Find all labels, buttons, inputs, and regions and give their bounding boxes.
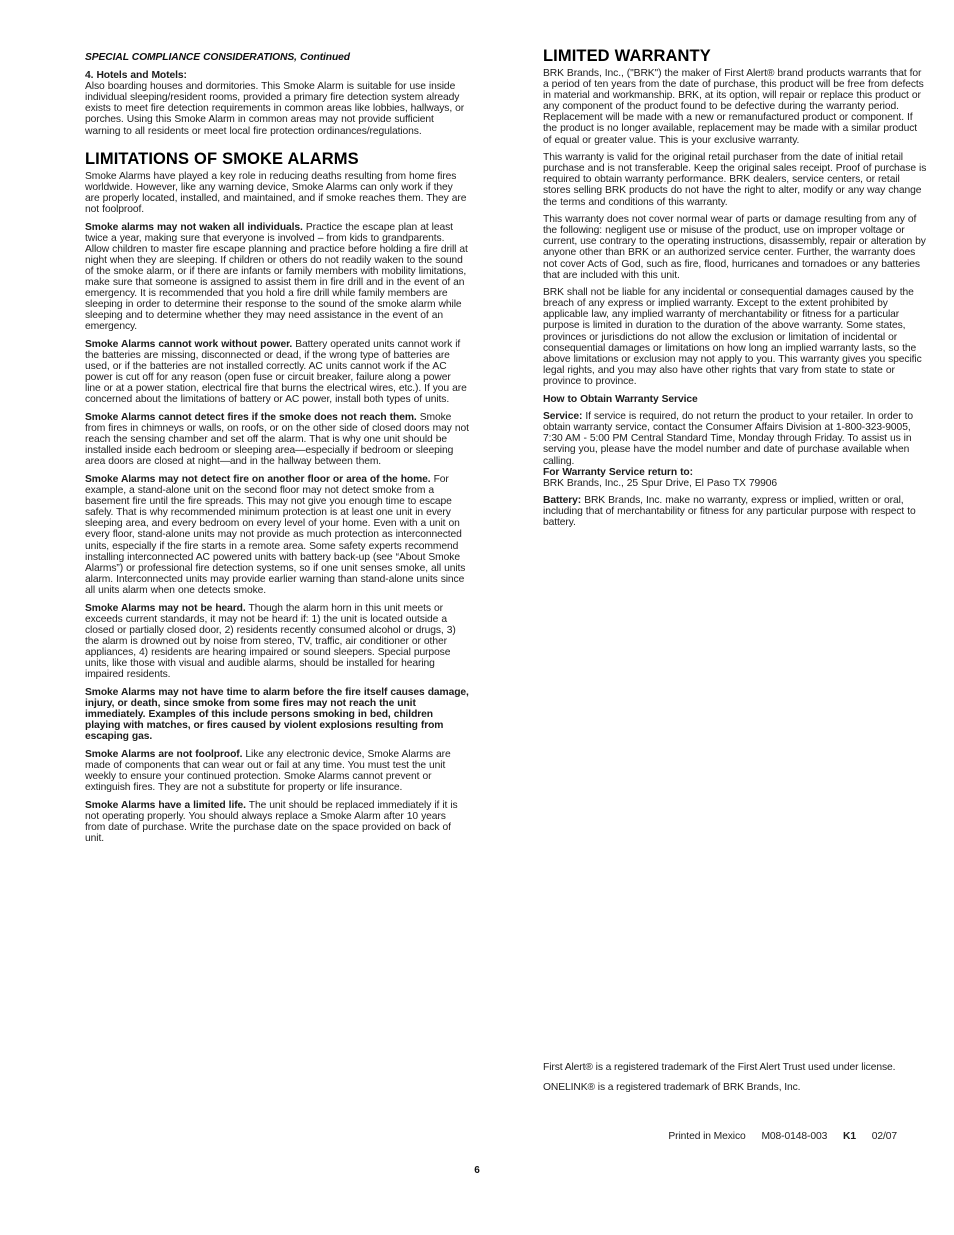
paragraph-lead: Smoke Alarms cannot work without power. <box>85 339 292 350</box>
revision-code: K1 <box>843 1131 856 1142</box>
paragraph-lead: Smoke Alarms are not foolproof. <box>85 749 242 760</box>
printed-in: Printed in Mexico <box>668 1131 745 1142</box>
limitations-paragraph-not-foolproof: Smoke Alarms are not foolproof. Like any… <box>85 749 469 793</box>
warranty-return-address: BRK Brands, Inc., 25 Spur Drive, El Paso… <box>543 478 927 489</box>
warranty-title: LIMITED WARRANTY <box>543 47 927 65</box>
limitations-paragraph-waken: Smoke alarms may not waken all individua… <box>85 222 469 333</box>
limitations-paragraph-another-floor: Smoke Alarms may not detect fire on anot… <box>85 474 469 596</box>
trademark-first-alert: First Alert® is a registered trademark o… <box>543 1062 927 1073</box>
limitations-paragraph-smoke-reach: Smoke Alarms cannot detect fires if the … <box>85 412 469 467</box>
warranty-return-heading: For Warranty Service return to: <box>543 467 927 478</box>
hotels-body: Also boarding houses and dormitories. Th… <box>85 81 464 136</box>
limitations-title: LIMITATIONS OF SMOKE ALARMS <box>85 150 469 168</box>
paragraph-lead: Smoke Alarms cannot detect fires if the … <box>85 412 417 423</box>
limitations-paragraph-no-time: Smoke Alarms may not have time to alarm … <box>85 687 469 742</box>
limitations-paragraph-limited-life: Smoke Alarms have a limited life. The un… <box>85 800 469 844</box>
warranty-paragraph-coverage: BRK Brands, Inc., ("BRK") the maker of F… <box>543 68 927 146</box>
warranty-paragraph-exclusions: This warranty does not cover normal wear… <box>543 214 927 281</box>
page-number: 6 <box>0 1165 954 1176</box>
warranty-paragraph-validity: This warranty is valid for the original … <box>543 152 927 207</box>
paragraph-body: Practice the escape plan at least twice … <box>85 222 468 333</box>
battery-body: BRK Brands, Inc. make no warranty, expre… <box>543 495 916 528</box>
hotels-heading: 4. Hotels and Motels: <box>85 70 469 81</box>
limitations-paragraph-power: Smoke Alarms cannot work without power. … <box>85 339 469 406</box>
battery-lead: Battery: <box>543 495 581 506</box>
trademark-onelink: ONELINK® is a registered trademark of BR… <box>543 1082 927 1093</box>
paragraph-body: Though the alarm horn in this unit meets… <box>85 603 456 681</box>
paragraph-lead: Smoke Alarms may not be heard. <box>85 603 246 614</box>
part-number: M08-0148-003 <box>761 1131 827 1142</box>
print-date: 02/07 <box>872 1131 897 1142</box>
continued-section-header: SPECIAL COMPLIANCE CONSIDERATIONS, Conti… <box>85 52 469 63</box>
paragraph-lead: Smoke Alarms have a limited life. <box>85 800 246 811</box>
warranty-service-heading: How to Obtain Warranty Service <box>543 394 927 405</box>
limitations-intro: Smoke Alarms have played a key role in r… <box>85 171 469 215</box>
warranty-service-paragraph: Service: If service is required, do not … <box>543 411 927 466</box>
paragraph-lead: Smoke Alarms may not detect fire on anot… <box>85 474 431 485</box>
paragraph-lead: Smoke Alarms may not have time to alarm … <box>85 687 469 742</box>
trademark-notices: First Alert® is a registered trademark o… <box>543 1062 927 1102</box>
print-footer: Printed in Mexico M08-0148-003 K1 02/07 <box>543 1131 921 1142</box>
limitations-paragraph-not-heard: Smoke Alarms may not be heard. Though th… <box>85 603 469 681</box>
warranty-paragraph-liability: BRK shall not be liable for any incident… <box>543 287 927 387</box>
left-column: SPECIAL COMPLIANCE CONSIDERATIONS, Conti… <box>85 52 469 850</box>
hotels-paragraph: 4. Hotels and Motels: Also boarding hous… <box>85 70 469 137</box>
right-column: LIMITED WARRANTY BRK Brands, Inc., ("BRK… <box>543 47 927 535</box>
service-body: If service is required, do not return th… <box>543 411 913 466</box>
service-lead: Service: <box>543 411 582 422</box>
warranty-battery-paragraph: Battery: BRK Brands, Inc. make no warran… <box>543 495 927 528</box>
paragraph-body: For example, a stand-alone unit on the s… <box>85 474 465 596</box>
paragraph-lead: Smoke alarms may not waken all individua… <box>85 222 303 233</box>
